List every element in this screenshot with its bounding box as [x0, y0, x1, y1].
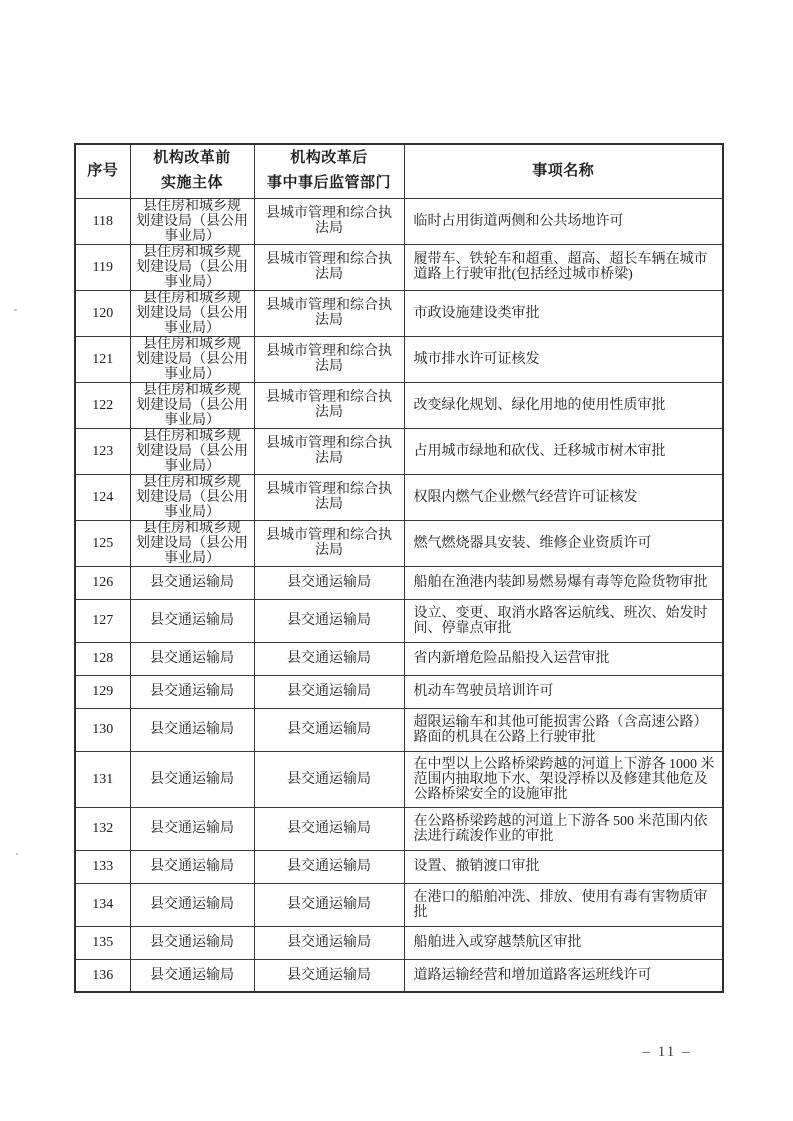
row-pre-reform-body: 县交通运输局	[130, 926, 254, 959]
row-pre-reform-body: 县住房和城乡规 划建设局（县公用 事业局）	[130, 382, 254, 428]
row-serial-number: 136	[75, 959, 130, 992]
row-item-name: 设置、撤销渡口审批	[404, 850, 723, 883]
table-row: 127 县交通运输局 县交通运输局 设立、变更、取消水路客运航线、班次、始发时 …	[75, 599, 723, 642]
row-item-name: 机动车驾驶员培训许可	[404, 675, 723, 708]
table-row: 124 县住房和城乡规 划建设局（县公用 事业局） 县城市管理和综合执 法局 权…	[75, 474, 723, 520]
table-row: 126 县交通运输局 县交通运输局 船舶在渔港内装卸易燃易爆有毒等危险货物审批	[75, 566, 723, 599]
row-pre-reform-body: 县交通运输局	[130, 708, 254, 751]
table-row: 136 县交通运输局 县交通运输局 道路运输经营和增加道路客运班线许可	[75, 959, 723, 992]
row-post-reform-supervisor: 县交通运输局	[254, 708, 404, 751]
row-pre-reform-body: 县住房和城乡规 划建设局（县公用 事业局）	[130, 336, 254, 382]
row-item-name: 燃气燃烧器具安装、维修企业资质许可	[404, 520, 723, 566]
row-item-name: 履带车、铁轮车和超重、超高、超长车辆在城市 道路上行驶审批(包括经过城市桥梁)	[404, 244, 723, 290]
table-row: 118 县住房和城乡规 划建设局（县公用 事业局） 县城市管理和综合执 法局 临…	[75, 198, 723, 244]
table-row: 131 县交通运输局 县交通运输局 在中型以上公路桥梁跨越的河道上下游各 100…	[75, 751, 723, 807]
row-item-name: 设立、变更、取消水路客运航线、班次、始发时 间、停靠点审批	[404, 599, 723, 642]
row-post-reform-supervisor: 县城市管理和综合执 法局	[254, 198, 404, 244]
row-post-reform-supervisor: 县交通运输局	[254, 599, 404, 642]
row-serial-number: 120	[75, 290, 130, 336]
row-serial-number: 133	[75, 850, 130, 883]
row-post-reform-supervisor: 县交通运输局	[254, 642, 404, 675]
row-post-reform-supervisor: 县交通运输局	[254, 751, 404, 807]
row-post-reform-supervisor: 县交通运输局	[254, 850, 404, 883]
row-post-reform-supervisor: 县城市管理和综合执 法局	[254, 244, 404, 290]
table-row: 121 县住房和城乡规 划建设局（县公用 事业局） 县城市管理和综合执 法局 城…	[75, 336, 723, 382]
table-header-row: 序号 机构改革前 实施主体 机构改革后 事中事后监管部门 事项名称	[75, 144, 723, 198]
row-serial-number: 128	[75, 642, 130, 675]
row-pre-reform-body: 县住房和城乡规 划建设局（县公用 事业局）	[130, 520, 254, 566]
page-number: – 11 –	[622, 1044, 712, 1061]
row-post-reform-supervisor: 县交通运输局	[254, 959, 404, 992]
row-item-name: 在中型以上公路桥梁跨越的河道上下游各 1000 米 范围内抽取地下水、架设浮桥以…	[404, 751, 723, 807]
table-body: 118 县住房和城乡规 划建设局（县公用 事业局） 县城市管理和综合执 法局 临…	[75, 198, 723, 992]
row-post-reform-supervisor: 县城市管理和综合执 法局	[254, 336, 404, 382]
row-item-name: 占用城市绿地和砍伐、迁移城市树木审批	[404, 428, 723, 474]
table-header: 序号 机构改革前 实施主体 机构改革后 事中事后监管部门 事项名称	[75, 144, 723, 198]
row-serial-number: 129	[75, 675, 130, 708]
row-serial-number: 135	[75, 926, 130, 959]
table-row: 122 县住房和城乡规 划建设局（县公用 事业局） 县城市管理和综合执 法局 改…	[75, 382, 723, 428]
column-header-item-name: 事项名称	[404, 144, 723, 198]
row-serial-number: 125	[75, 520, 130, 566]
column-header-post-reform-supervisor: 机构改革后 事中事后监管部门	[254, 144, 404, 198]
row-item-name: 在公路桥梁跨越的河道上下游各 500 米范围内依 法进行疏浚作业的审批	[404, 807, 723, 850]
row-post-reform-supervisor: 县城市管理和综合执 法局	[254, 428, 404, 474]
row-pre-reform-body: 县交通运输局	[130, 599, 254, 642]
scanned-document-page: 序号 机构改革前 实施主体 机构改革后 事中事后监管部门 事项名称 118 县住…	[0, 0, 793, 1121]
row-item-name: 超限运输车和其他可能损害公路（含高速公路） 路面的机具在公路上行驶审批	[404, 708, 723, 751]
row-item-name: 在港口的船舶冲洗、排放、使用有毒有害物质审 批	[404, 883, 723, 926]
row-serial-number: 122	[75, 382, 130, 428]
table-row: 120 县住房和城乡规 划建设局（县公用 事业局） 县城市管理和综合执 法局 市…	[75, 290, 723, 336]
row-item-name: 市政设施建设类审批	[404, 290, 723, 336]
table-row: 125 县住房和城乡规 划建设局（县公用 事业局） 县城市管理和综合执 法局 燃…	[75, 520, 723, 566]
row-post-reform-supervisor: 县城市管理和综合执 法局	[254, 520, 404, 566]
row-post-reform-supervisor: 县交通运输局	[254, 926, 404, 959]
row-post-reform-supervisor: 县城市管理和综合执 法局	[254, 382, 404, 428]
row-pre-reform-body: 县住房和城乡规 划建设局（县公用 事业局）	[130, 290, 254, 336]
table-row: 129 县交通运输局 县交通运输局 机动车驾驶员培训许可	[75, 675, 723, 708]
row-post-reform-supervisor: 县交通运输局	[254, 807, 404, 850]
row-serial-number: 123	[75, 428, 130, 474]
row-serial-number: 132	[75, 807, 130, 850]
table-row: 119 县住房和城乡规 划建设局（县公用 事业局） 县城市管理和综合执 法局 履…	[75, 244, 723, 290]
row-serial-number: 119	[75, 244, 130, 290]
row-serial-number: 124	[75, 474, 130, 520]
table-row: 128 县交通运输局 县交通运输局 省内新增危险品船投入运营审批	[75, 642, 723, 675]
column-header-serial-number: 序号	[75, 144, 130, 198]
row-pre-reform-body: 县交通运输局	[130, 959, 254, 992]
row-post-reform-supervisor: 县交通运输局	[254, 675, 404, 708]
row-post-reform-supervisor: 县城市管理和综合执 法局	[254, 474, 404, 520]
row-item-name: 改变绿化规划、绿化用地的使用性质审批	[404, 382, 723, 428]
row-serial-number: 126	[75, 566, 130, 599]
scan-speck	[14, 309, 17, 311]
table-row: 132 县交通运输局 县交通运输局 在公路桥梁跨越的河道上下游各 500 米范围…	[75, 807, 723, 850]
row-post-reform-supervisor: 县交通运输局	[254, 883, 404, 926]
row-pre-reform-body: 县交通运输局	[130, 883, 254, 926]
row-serial-number: 121	[75, 336, 130, 382]
table-row: 134 县交通运输局 县交通运输局 在港口的船舶冲洗、排放、使用有毒有害物质审 …	[75, 883, 723, 926]
row-item-name: 船舶进入或穿越禁航区审批	[404, 926, 723, 959]
row-item-name: 城市排水许可证核发	[404, 336, 723, 382]
row-serial-number: 130	[75, 708, 130, 751]
row-pre-reform-body: 县住房和城乡规 划建设局（县公用 事业局）	[130, 244, 254, 290]
row-serial-number: 127	[75, 599, 130, 642]
row-serial-number: 134	[75, 883, 130, 926]
table-row: 133 县交通运输局 县交通运输局 设置、撤销渡口审批	[75, 850, 723, 883]
row-item-name: 船舶在渔港内装卸易燃易爆有毒等危险货物审批	[404, 566, 723, 599]
row-item-name: 省内新增危险品船投入运营审批	[404, 642, 723, 675]
table-row: 135 县交通运输局 县交通运输局 船舶进入或穿越禁航区审批	[75, 926, 723, 959]
row-pre-reform-body: 县交通运输局	[130, 751, 254, 807]
row-pre-reform-body: 县交通运输局	[130, 566, 254, 599]
row-pre-reform-body: 县交通运输局	[130, 642, 254, 675]
row-post-reform-supervisor: 县交通运输局	[254, 566, 404, 599]
row-item-name: 权限内燃气企业燃气经营许可证核发	[404, 474, 723, 520]
row-pre-reform-body: 县住房和城乡规 划建设局（县公用 事业局）	[130, 198, 254, 244]
row-serial-number: 118	[75, 198, 130, 244]
row-pre-reform-body: 县住房和城乡规 划建设局（县公用 事业局）	[130, 428, 254, 474]
row-post-reform-supervisor: 县城市管理和综合执 法局	[254, 290, 404, 336]
reform-items-table: 序号 机构改革前 实施主体 机构改革后 事中事后监管部门 事项名称 118 县住…	[74, 143, 724, 993]
row-item-name: 道路运输经营和增加道路客运班线许可	[404, 959, 723, 992]
row-item-name: 临时占用街道两侧和公共场地许可	[404, 198, 723, 244]
column-header-pre-reform-body: 机构改革前 实施主体	[130, 144, 254, 198]
scan-speck	[16, 853, 18, 855]
row-pre-reform-body: 县住房和城乡规 划建设局（县公用 事业局）	[130, 474, 254, 520]
table-row: 130 县交通运输局 县交通运输局 超限运输车和其他可能损害公路（含高速公路） …	[75, 708, 723, 751]
row-serial-number: 131	[75, 751, 130, 807]
table-row: 123 县住房和城乡规 划建设局（县公用 事业局） 县城市管理和综合执 法局 占…	[75, 428, 723, 474]
row-pre-reform-body: 县交通运输局	[130, 850, 254, 883]
row-pre-reform-body: 县交通运输局	[130, 675, 254, 708]
row-pre-reform-body: 县交通运输局	[130, 807, 254, 850]
